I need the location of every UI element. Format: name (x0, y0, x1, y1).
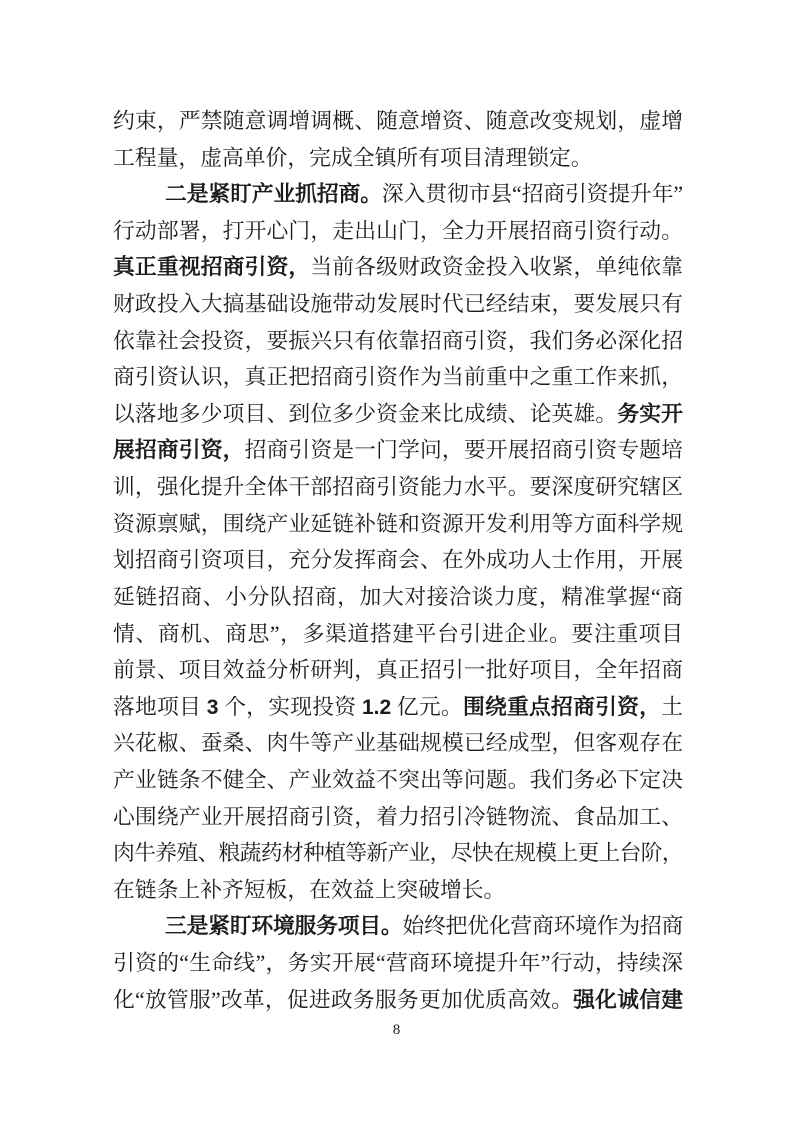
text-segment: 商引资认识，真正把招商引资作为当前重中之重工作来抓， (113, 365, 683, 389)
numeric-text-segment: 3 (207, 696, 219, 719)
text-line: 工程量，虚高单价，完成全镇所有项目清理锁定。 (113, 140, 683, 177)
text-segment: 个，实现投资 (218, 695, 362, 719)
text-line: 落地项目 3 个，实现投资 1.2 亿元。围绕重点招商引资，土 (113, 689, 683, 726)
bold-text-segment: 展招商引资， (113, 438, 245, 462)
bold-text-segment: 真正重视招商引资， (113, 255, 310, 279)
text-segment: 训，强化提升全体干部招商引资能力水平。要深度研究辖区 (113, 475, 683, 499)
text-line: 划招商引资项目，充分发挥商会、在外成功人士作用，开展 (113, 542, 683, 579)
text-segment: 情、商机、商思”，多渠道搭建平台引进企业。要注重项目 (113, 622, 683, 646)
text-line: 资源禀赋，围绕产业延链补链和资源开发利用等方面科学规 (113, 506, 683, 543)
text-line: 以落地多少项目、到位多少资金来比成绩、论英雄。务实开 (113, 396, 683, 433)
text-segment: 划招商引资项目，充分发挥商会、在外成功人士作用，开展 (113, 548, 683, 572)
text-segment: 前景、项目效益分析研判，真正招引一批好项目，全年招商 (113, 658, 683, 682)
text-segment: 兴花椒、蚕桑、肉牛等产业基础规模已经成型，但客观存在 (113, 731, 683, 755)
text-segment: 在链条上补齐短板，在效益上突破增长。 (113, 878, 505, 902)
text-line: 化“放管服”改革，促进政务服务更加优质高效。强化诚信建 (113, 982, 683, 1019)
text-line: 依靠社会投资，要振兴只有依靠招商引资，我们务必深化招 (113, 323, 683, 360)
bold-text-segment: 二是紧盯产业抓招商。 (165, 182, 382, 206)
text-segment: 化“放管服”改革，促进政务服务更加优质高效。 (113, 988, 573, 1012)
text-line: 心围绕产业开展招商引资，着力招引冷链物流、食品加工、 (113, 799, 683, 836)
text-segment: 以落地多少项目、到位多少资金来比成绩、论英雄。 (113, 402, 617, 426)
text-line: 前景、项目效益分析研判，真正招引一批好项目，全年招商 (113, 652, 683, 689)
text-line: 展招商引资，招商引资是一门学问，要开展招商引资专题培 (113, 432, 683, 469)
document-page: 约束，严禁随意调增调概、随意增资、随意改变规划，虚增工程量，虚高单价，完成全镇所… (0, 0, 793, 1122)
text-line: 产业链条不健全、产业效益不突出等问题。我们务必下定决 (113, 762, 683, 799)
text-segment: 依靠社会投资，要振兴只有依靠招商引资，我们务必深化招 (113, 329, 683, 353)
text-line: 财政投入大搞基础设施带动发展时代已经结束，要发展只有 (113, 286, 683, 323)
text-segment: 财政投入大搞基础设施带动发展时代已经结束，要发展只有 (113, 292, 683, 316)
text-segment: 招商引资是一门学问，要开展招商引资专题培 (245, 438, 683, 462)
text-segment: 当前各级财政资金投入收紧，单纯依靠 (310, 255, 683, 279)
text-line: 延链招商、小分队招商，加大对接洽谈力度，精准掌握“商 (113, 579, 683, 616)
text-line: 行动部署，打开心门，走出山门，全力开展招商引资行动。 (113, 213, 683, 250)
text-line: 在链条上补齐短板，在效益上突破增长。 (113, 872, 683, 909)
text-segment: 行动部署，打开心门，走出山门，全力开展招商引资行动。 (113, 219, 683, 243)
text-line: 真正重视招商引资，当前各级财政资金投入收紧，单纯依靠 (113, 249, 683, 286)
text-line: 二是紧盯产业抓招商。深入贯彻市县“招商引资提升年” (113, 176, 683, 213)
text-line: 三是紧盯环境服务项目。始终把优化营商环境作为招商 (113, 908, 683, 945)
text-segment: 心围绕产业开展招商引资，着力招引冷链物流、食品加工、 (113, 805, 683, 829)
page-number: 8 (0, 1020, 793, 1040)
text-segment: 延链招商、小分队招商，加大对接洽谈力度，精准掌握“商 (113, 585, 683, 609)
text-segment: 深入贯彻市县“招商引资提升年” (382, 182, 683, 206)
text-segment: 落地项目 (113, 695, 207, 719)
bold-text-segment: 围绕重点招商引资， (463, 695, 661, 719)
text-segment: 肉牛养殖、粮蔬药材种植等新产业，尽快在规模上更上台阶， (113, 841, 683, 865)
text-segment: 亿元。 (391, 695, 463, 719)
text-line: 商引资认识，真正把招商引资作为当前重中之重工作来抓， (113, 359, 683, 396)
bold-text-segment: 强化诚信建 (573, 988, 683, 1012)
text-line: 约束，严禁随意调增调概、随意增资、随意改变规划，虚增 (113, 103, 683, 140)
text-segment: 土 (661, 695, 683, 719)
text-segment: 始终把优化营商环境作为招商 (402, 914, 683, 938)
text-line: 情、商机、商思”，多渠道搭建平台引进企业。要注重项目 (113, 616, 683, 653)
numeric-text-segment: 1.2 (362, 696, 391, 719)
text-segment: 约束，严禁随意调增调概、随意增资、随意改变规划，虚增 (113, 109, 683, 133)
bold-text-segment: 三是紧盯环境服务项目。 (165, 914, 402, 938)
text-line: 兴花椒、蚕桑、肉牛等产业基础规模已经成型，但客观存在 (113, 725, 683, 762)
text-line: 引资的“生命线”，务实开展“营商环境提升年”行动，持续深 (113, 945, 683, 982)
document-text-block: 约束，严禁随意调增调概、随意增资、随意改变规划，虚增工程量，虚高单价，完成全镇所… (113, 103, 683, 1018)
text-segment: 产业链条不健全、产业效益不突出等问题。我们务必下定决 (113, 768, 683, 792)
text-segment: 资源禀赋，围绕产业延链补链和资源开发利用等方面科学规 (113, 512, 683, 536)
text-line: 训，强化提升全体干部招商引资能力水平。要深度研究辖区 (113, 469, 683, 506)
text-line: 肉牛养殖、粮蔬药材种植等新产业，尽快在规模上更上台阶， (113, 835, 683, 872)
text-segment: 工程量，虚高单价，完成全镇所有项目清理锁定。 (113, 146, 593, 170)
text-segment: 引资的“生命线”，务实开展“营商环境提升年”行动，持续深 (113, 951, 683, 975)
bold-text-segment: 务实开 (617, 402, 683, 426)
